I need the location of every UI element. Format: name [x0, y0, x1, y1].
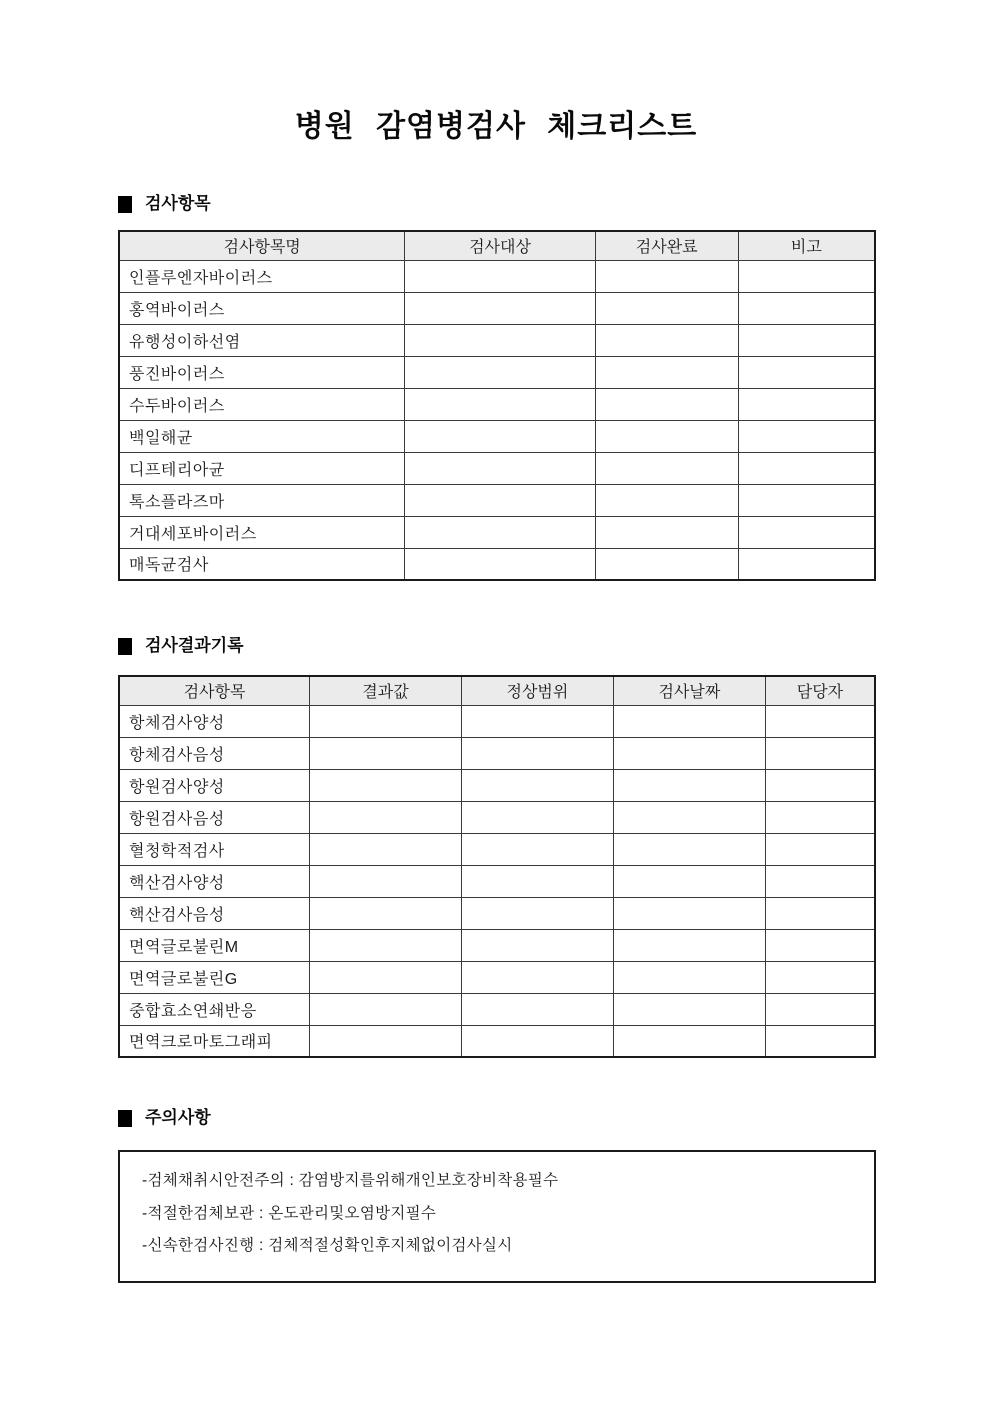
note-line: -신속한검사진행 : 검체적절성확인후지체없이검사실시 — [142, 1230, 854, 1263]
table-header-cell: 검사대상 — [405, 231, 596, 260]
table-header-cell: 검사항목명 — [119, 231, 405, 260]
empty-cell — [738, 452, 875, 484]
row-label-cell: 항원검사음성 — [119, 801, 310, 833]
row-label-cell: 항원검사양성 — [119, 769, 310, 801]
empty-cell — [765, 769, 875, 801]
table-row: 항원검사양성 — [119, 769, 875, 801]
empty-cell — [765, 865, 875, 897]
empty-cell — [310, 1025, 462, 1057]
note-line: -적절한검체보관 : 온도관리및오염방지필수 — [142, 1198, 854, 1231]
table-header-cell: 검사항목 — [119, 676, 310, 705]
empty-cell — [461, 929, 613, 961]
empty-cell — [765, 801, 875, 833]
row-label-cell: 거대세포바이러스 — [119, 516, 405, 548]
table-row: 항체검사음성 — [119, 737, 875, 769]
empty-cell — [738, 516, 875, 548]
table-row: 중합효소연쇄반응 — [119, 993, 875, 1025]
row-label-cell: 백일해균 — [119, 420, 405, 452]
table-header-cell: 정상범위 — [461, 676, 613, 705]
empty-cell — [738, 324, 875, 356]
table-header-cell: 담당자 — [765, 676, 875, 705]
empty-cell — [595, 260, 738, 292]
table-header-cell: 검사완료 — [595, 231, 738, 260]
table-row: 인플루엔자바이러스 — [119, 260, 875, 292]
empty-cell — [405, 516, 596, 548]
section-bullet-icon — [118, 638, 132, 655]
row-label-cell: 중합효소연쇄반응 — [119, 993, 310, 1025]
empty-cell — [613, 737, 765, 769]
row-label-cell: 면역글로불린G — [119, 961, 310, 993]
row-label-cell: 매독균검사 — [119, 548, 405, 580]
table-row: 수두바이러스 — [119, 388, 875, 420]
empty-cell — [595, 292, 738, 324]
empty-cell — [613, 1025, 765, 1057]
empty-cell — [738, 388, 875, 420]
table-row: 백일해균 — [119, 420, 875, 452]
table-header-row: 검사항목결과값정상범위검사날짜담당자 — [119, 676, 875, 705]
empty-cell — [461, 1025, 613, 1057]
empty-cell — [613, 897, 765, 929]
section-heading-label: 검사항목 — [145, 194, 211, 214]
note-line: -검체채취시안전주의 : 감염방지를위해개인보호장비착용필수 — [142, 1165, 854, 1198]
empty-cell — [765, 961, 875, 993]
empty-cell — [765, 705, 875, 737]
table-header-cell: 검사날짜 — [613, 676, 765, 705]
empty-cell — [765, 1025, 875, 1057]
empty-cell — [461, 801, 613, 833]
document-page: 병원 감염병검사 체크리스트 검사항목 검사항목명검사대상검사완료비고인플루엔자… — [0, 0, 992, 1403]
empty-cell — [613, 801, 765, 833]
empty-cell — [765, 833, 875, 865]
section-heading-label: 검사결과기록 — [145, 636, 244, 656]
table-row: 면역글로불린M — [119, 929, 875, 961]
empty-cell — [738, 420, 875, 452]
empty-cell — [405, 292, 596, 324]
empty-cell — [405, 484, 596, 516]
empty-cell — [461, 705, 613, 737]
table-row: 거대세포바이러스 — [119, 516, 875, 548]
empty-cell — [613, 961, 765, 993]
document-title: 병원 감염병검사 체크리스트 — [0, 101, 992, 145]
empty-cell — [738, 548, 875, 580]
row-label-cell: 면역글로불린M — [119, 929, 310, 961]
section-heading-results: 검사결과기록 — [118, 636, 244, 656]
empty-cell — [461, 897, 613, 929]
empty-cell — [405, 260, 596, 292]
table-row: 디프테리아균 — [119, 452, 875, 484]
empty-cell — [738, 292, 875, 324]
row-label-cell: 유행성이하선염 — [119, 324, 405, 356]
empty-cell — [738, 484, 875, 516]
row-label-cell: 톡소플라즈마 — [119, 484, 405, 516]
section-bullet-icon — [118, 1110, 132, 1127]
empty-cell — [461, 993, 613, 1025]
table-header-cell: 비고 — [738, 231, 875, 260]
empty-cell — [595, 324, 738, 356]
empty-cell — [595, 388, 738, 420]
table-row: 톡소플라즈마 — [119, 484, 875, 516]
table-row: 핵산검사음성 — [119, 897, 875, 929]
empty-cell — [405, 452, 596, 484]
empty-cell — [310, 929, 462, 961]
table-row: 홍역바이러스 — [119, 292, 875, 324]
section-heading-label: 주의사항 — [145, 1108, 211, 1128]
table-header-row: 검사항목명검사대상검사완료비고 — [119, 231, 875, 260]
empty-cell — [595, 516, 738, 548]
empty-cell — [765, 737, 875, 769]
row-label-cell: 핵산검사양성 — [119, 865, 310, 897]
empty-cell — [405, 420, 596, 452]
results-table: 검사항목결과값정상범위검사날짜담당자항체검사양성항체검사음성항원검사양성항원검사… — [118, 675, 876, 1058]
empty-cell — [461, 865, 613, 897]
table-header-cell: 결과값 — [310, 676, 462, 705]
empty-cell — [595, 420, 738, 452]
row-label-cell: 풍진바이러스 — [119, 356, 405, 388]
notes-box: -검체채취시안전주의 : 감염방지를위해개인보호장비착용필수 -적절한검체보관 … — [118, 1150, 876, 1283]
test-items-table: 검사항목명검사대상검사완료비고인플루엔자바이러스홍역바이러스유행성이하선염풍진바… — [118, 230, 876, 581]
row-label-cell: 수두바이러스 — [119, 388, 405, 420]
section-heading-notes: 주의사항 — [118, 1108, 211, 1128]
empty-cell — [461, 833, 613, 865]
empty-cell — [310, 801, 462, 833]
empty-cell — [595, 548, 738, 580]
empty-cell — [310, 833, 462, 865]
table-row: 혈청학적검사 — [119, 833, 875, 865]
empty-cell — [613, 769, 765, 801]
row-label-cell: 핵산검사음성 — [119, 897, 310, 929]
empty-cell — [613, 705, 765, 737]
empty-cell — [461, 737, 613, 769]
table-row: 면역크로마토그래피 — [119, 1025, 875, 1057]
empty-cell — [613, 833, 765, 865]
table-row: 풍진바이러스 — [119, 356, 875, 388]
empty-cell — [765, 993, 875, 1025]
empty-cell — [310, 769, 462, 801]
empty-cell — [461, 769, 613, 801]
row-label-cell: 항체검사음성 — [119, 737, 310, 769]
table-row: 핵산검사양성 — [119, 865, 875, 897]
section-bullet-icon — [118, 196, 132, 213]
empty-cell — [595, 452, 738, 484]
table-row: 면역글로불린G — [119, 961, 875, 993]
empty-cell — [310, 897, 462, 929]
row-label-cell: 면역크로마토그래피 — [119, 1025, 310, 1057]
table-row: 항체검사양성 — [119, 705, 875, 737]
empty-cell — [461, 961, 613, 993]
empty-cell — [595, 356, 738, 388]
empty-cell — [595, 484, 738, 516]
empty-cell — [613, 993, 765, 1025]
empty-cell — [405, 548, 596, 580]
empty-cell — [738, 260, 875, 292]
empty-cell — [310, 993, 462, 1025]
empty-cell — [405, 388, 596, 420]
empty-cell — [310, 705, 462, 737]
empty-cell — [613, 865, 765, 897]
row-label-cell: 홍역바이러스 — [119, 292, 405, 324]
row-label-cell: 혈청학적검사 — [119, 833, 310, 865]
empty-cell — [765, 897, 875, 929]
empty-cell — [613, 929, 765, 961]
table-row: 매독균검사 — [119, 548, 875, 580]
empty-cell — [765, 929, 875, 961]
empty-cell — [405, 324, 596, 356]
empty-cell — [405, 356, 596, 388]
row-label-cell: 디프테리아균 — [119, 452, 405, 484]
table-row: 유행성이하선염 — [119, 324, 875, 356]
row-label-cell: 항체검사양성 — [119, 705, 310, 737]
row-label-cell: 인플루엔자바이러스 — [119, 260, 405, 292]
section-heading-test-items: 검사항목 — [118, 194, 211, 214]
table-row: 항원검사음성 — [119, 801, 875, 833]
empty-cell — [310, 961, 462, 993]
empty-cell — [310, 865, 462, 897]
empty-cell — [738, 356, 875, 388]
empty-cell — [310, 737, 462, 769]
